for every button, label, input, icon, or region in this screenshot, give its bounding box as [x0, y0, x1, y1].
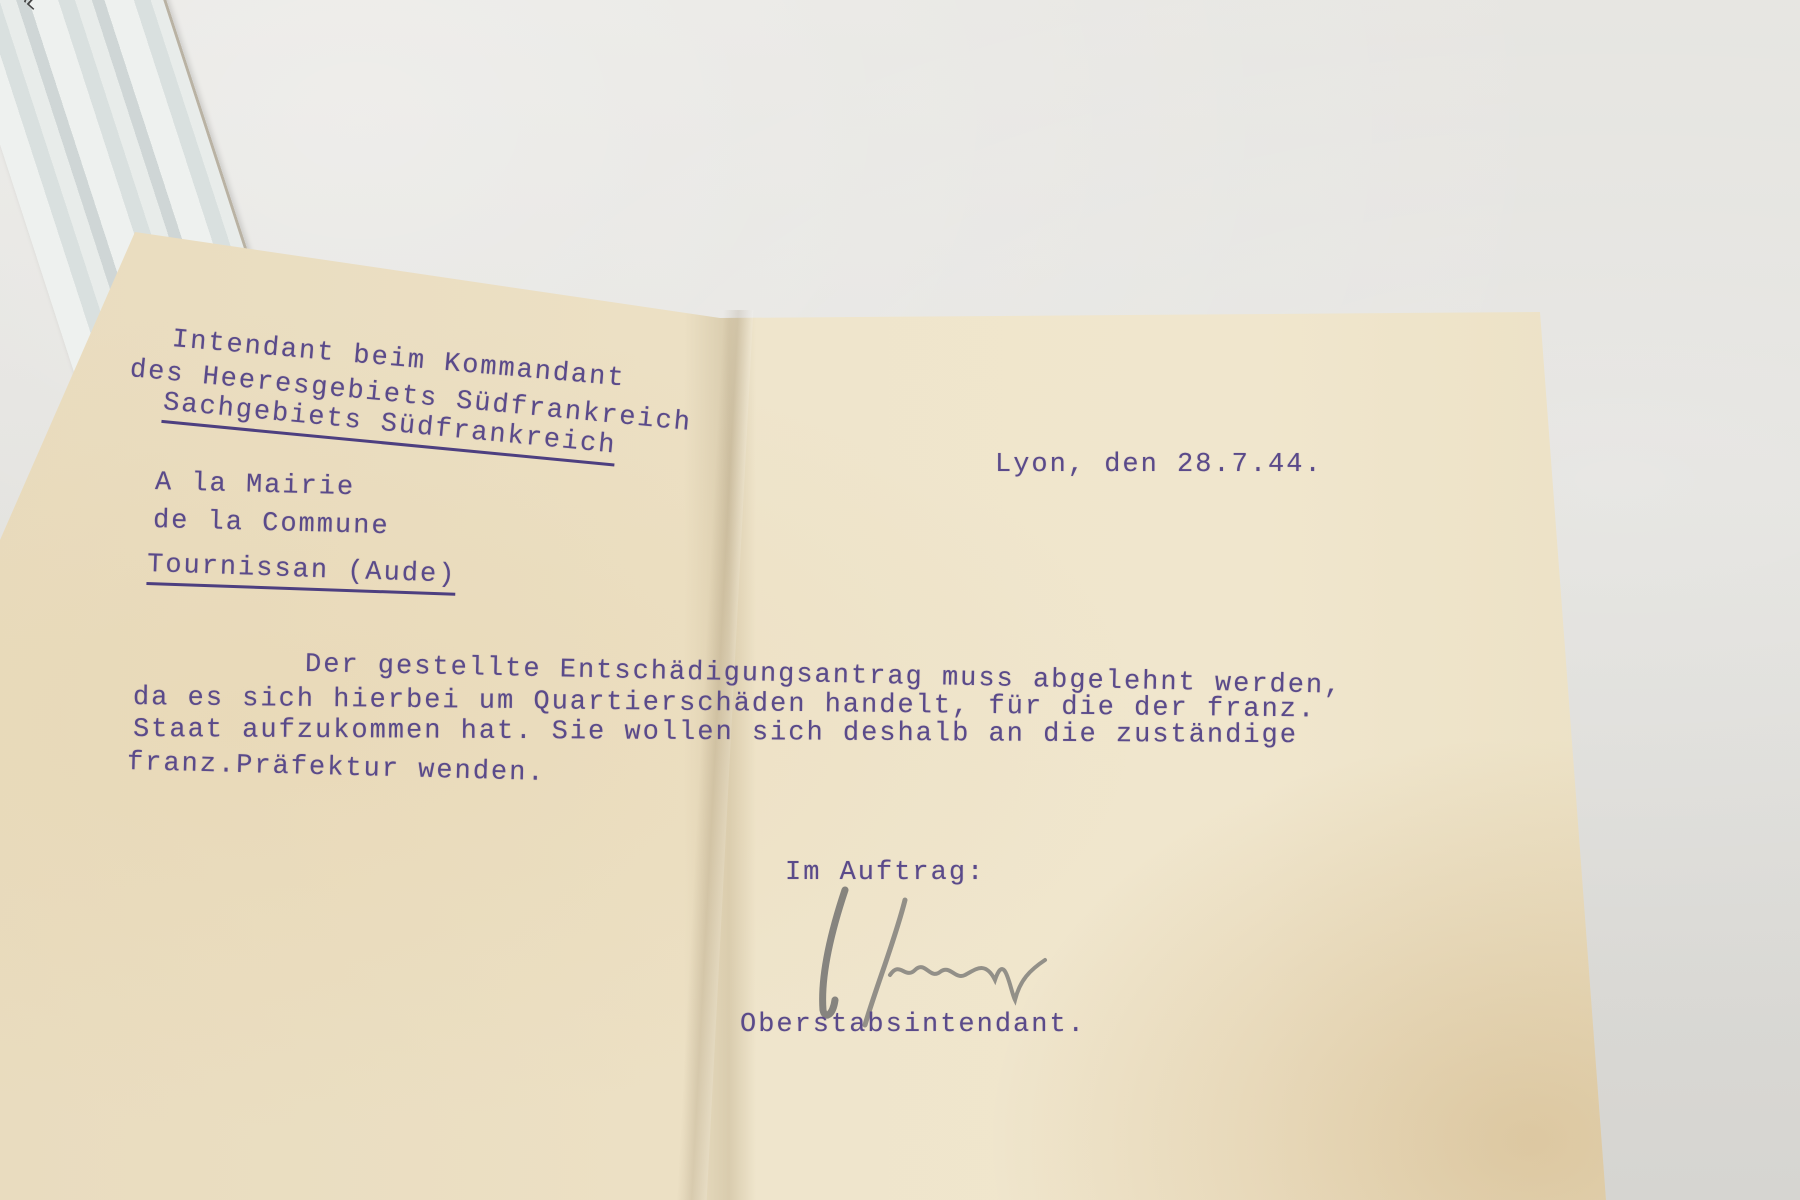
signature: [805, 880, 1125, 1030]
recipient-line-2: de la Commune: [153, 506, 390, 542]
date-line: Lyon, den 28.7.44.: [995, 450, 1323, 480]
body-line-3: Staat aufzukommen hat. Sie wollen sich d…: [133, 715, 1298, 751]
booklet-label: AL: [12, 0, 46, 15]
signatory-title: Oberstabsintendant.: [740, 1010, 1086, 1040]
recipient-line-1: A la Mairie: [155, 468, 356, 503]
